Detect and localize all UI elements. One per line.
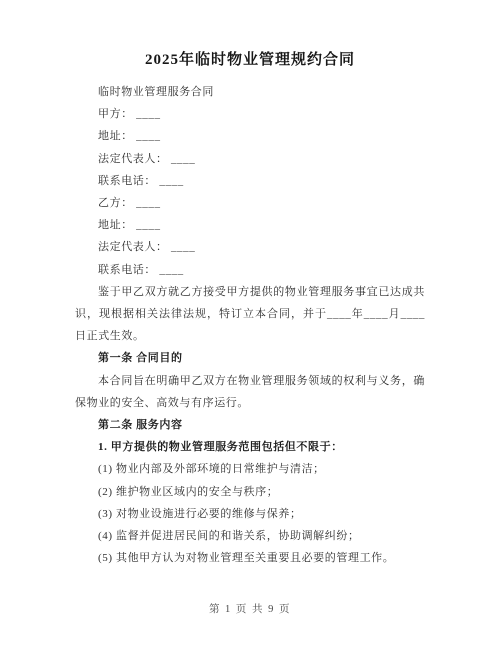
document-content: 2025年临时物业管理规约合同 临时物业管理服务合同 甲方： ____ 地址： … <box>75 50 425 569</box>
service-item-3: (3) 对物业设施进行必要的维修与保养； <box>75 503 425 525</box>
service-item-5: (5) 其他甲方认为对物业管理至关重要且必要的管理工作。 <box>75 547 425 569</box>
preamble-paragraph: 鉴于甲乙双方就乙方接受甲方提供的物业管理服务事宜已达成共识，现根据相关法律法规，… <box>75 281 425 348</box>
party-a-phone-line: 联系电话： ____ <box>75 170 425 192</box>
article-2-intro: 1. 甲方提供的物业管理服务范围包括但不限于： <box>75 436 425 458</box>
party-b-phone-line: 联系电话： ____ <box>75 259 425 281</box>
document-page: 2025年临时物业管理规约合同 临时物业管理服务合同 甲方： ____ 地址： … <box>0 0 500 647</box>
party-b-legal-rep-line: 法定代表人： ____ <box>75 236 425 258</box>
article-2-heading: 第二条 服务内容 <box>75 414 425 436</box>
article-1-heading: 第一条 合同目的 <box>75 347 425 369</box>
service-item-1: (1) 物业内部及外部环境的日常维护与清洁； <box>75 458 425 480</box>
document-title: 2025年临时物业管理规约合同 <box>75 50 425 71</box>
page-footer: 第 1 页 共 9 页 <box>0 601 500 616</box>
service-item-4: (4) 监督并促进居民间的和谐关系，协助调解纠纷； <box>75 525 425 547</box>
party-b-name-line: 乙方： ____ <box>75 192 425 214</box>
party-b-address-line: 地址： ____ <box>75 214 425 236</box>
party-a-name-line: 甲方： ____ <box>75 103 425 125</box>
party-a-legal-rep-line: 法定代表人： ____ <box>75 148 425 170</box>
article-1-body: 本合同旨在明确甲乙双方在物业管理服务领域的权利与义务，确保物业的安全、高效与有序… <box>75 370 425 414</box>
document-subtitle: 临时物业管理服务合同 <box>75 81 425 103</box>
service-item-2: (2) 维护物业区域内的安全与秩序； <box>75 481 425 503</box>
party-a-address-line: 地址： ____ <box>75 125 425 147</box>
